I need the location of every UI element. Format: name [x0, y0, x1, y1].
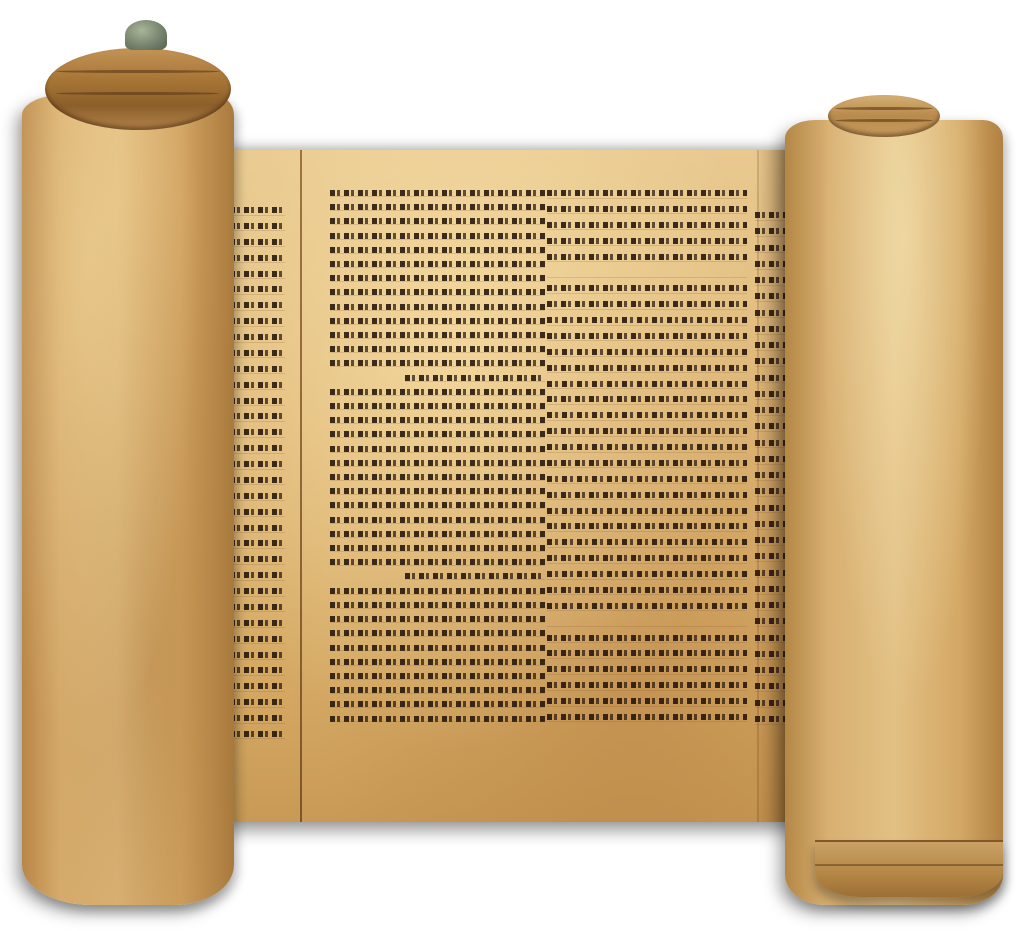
text-line: [330, 302, 545, 311]
text-line: [547, 569, 747, 580]
center-left-column: [330, 188, 545, 728]
text-line: [547, 426, 747, 437]
text-line: [547, 267, 747, 278]
text-line: [547, 506, 747, 517]
text-line: [405, 373, 545, 382]
text-line: [547, 379, 747, 390]
text-line: [547, 601, 747, 612]
text-line: [230, 665, 285, 676]
text-line: [547, 299, 747, 310]
parchment-sheet: [225, 150, 810, 822]
text-line: [230, 729, 285, 740]
text-line: [547, 537, 747, 548]
text-line: [230, 713, 285, 724]
text-line: [330, 231, 545, 240]
text-line: [230, 634, 285, 645]
text-line: [330, 287, 545, 296]
text-line: [547, 204, 747, 215]
text-line: [547, 553, 747, 564]
text-line: [330, 500, 545, 509]
text-line: [330, 245, 545, 254]
text-line: [547, 220, 747, 231]
text-line: [330, 600, 545, 609]
text-line: [547, 680, 747, 691]
text-line: [230, 364, 285, 375]
text-line: [330, 458, 545, 467]
text-line: [230, 523, 285, 534]
text-line: [547, 363, 747, 374]
text-line: [330, 515, 545, 524]
text-line: [230, 380, 285, 391]
text-line: [330, 444, 545, 453]
text-line: [330, 643, 545, 652]
text-line: [230, 396, 285, 407]
text-line: [230, 491, 285, 502]
text-line: [230, 316, 285, 327]
text-line: [330, 543, 545, 552]
text-line: [547, 331, 747, 342]
text-line: [230, 459, 285, 470]
text-line: [330, 387, 545, 396]
text-line: [330, 188, 545, 197]
right-roller-cap: [828, 95, 940, 137]
text-line: [230, 538, 285, 549]
text-line: [405, 571, 545, 580]
text-line: [330, 344, 545, 353]
text-line: [547, 474, 747, 485]
text-line: [547, 442, 747, 453]
text-line: [230, 205, 285, 216]
text-line: [330, 586, 545, 595]
text-line: [230, 253, 285, 264]
right-roller: [785, 120, 1003, 905]
text-line: [330, 685, 545, 694]
text-line: [547, 188, 747, 199]
text-line: [230, 411, 285, 422]
text-line: [230, 681, 285, 692]
text-line: [330, 358, 545, 367]
text-line: [330, 671, 545, 680]
text-line: [230, 237, 285, 248]
text-line: [230, 650, 285, 661]
text-line: [230, 443, 285, 454]
text-line: [330, 415, 545, 424]
text-line: [230, 427, 285, 438]
text-line: [230, 269, 285, 280]
text-line: [547, 521, 747, 532]
text-line: [330, 472, 545, 481]
left-roller-cap: [45, 48, 231, 130]
text-line: [230, 284, 285, 295]
text-line: [547, 252, 747, 263]
scroll-photo: [0, 0, 1022, 931]
text-line: [547, 696, 747, 707]
text-line: [330, 401, 545, 410]
text-line: [230, 697, 285, 708]
text-line: [547, 712, 747, 723]
roller-knob: [125, 20, 167, 50]
text-line: [547, 648, 747, 659]
text-line: [330, 202, 545, 211]
text-line: [547, 490, 747, 501]
text-line: [547, 394, 747, 405]
text-line: [330, 330, 545, 339]
text-line: [330, 216, 545, 225]
text-line: [330, 486, 545, 495]
text-line: [330, 699, 545, 708]
text-line: [547, 283, 747, 294]
text-line: [230, 300, 285, 311]
text-line: [230, 602, 285, 613]
text-line: [547, 617, 747, 628]
text-line: [230, 586, 285, 597]
text-line: [547, 458, 747, 469]
text-line: [230, 221, 285, 232]
text-line: [330, 657, 545, 666]
center-right-column: [547, 188, 747, 728]
parchment-seam: [300, 150, 302, 822]
text-line: [547, 347, 747, 358]
text-line: [230, 332, 285, 343]
left-narrow-column: [230, 205, 285, 745]
text-line: [330, 714, 545, 723]
text-line: [330, 316, 545, 325]
text-line: [330, 529, 545, 538]
text-line: [547, 236, 747, 247]
text-line: [547, 410, 747, 421]
text-line: [330, 614, 545, 623]
right-roller-bottom-rings: [815, 840, 1003, 897]
text-line: [330, 557, 545, 566]
text-line: [230, 475, 285, 486]
text-line: [547, 633, 747, 644]
text-line: [230, 570, 285, 581]
text-line: [547, 585, 747, 596]
text-line: [330, 273, 545, 282]
text-line: [230, 618, 285, 629]
text-line: [330, 628, 545, 637]
text-line: [547, 315, 747, 326]
left-roller: [22, 95, 234, 905]
text-line: [330, 429, 545, 438]
text-line: [547, 664, 747, 675]
text-line: [230, 348, 285, 359]
text-line: [230, 554, 285, 565]
text-line: [230, 507, 285, 518]
text-line: [330, 259, 545, 268]
